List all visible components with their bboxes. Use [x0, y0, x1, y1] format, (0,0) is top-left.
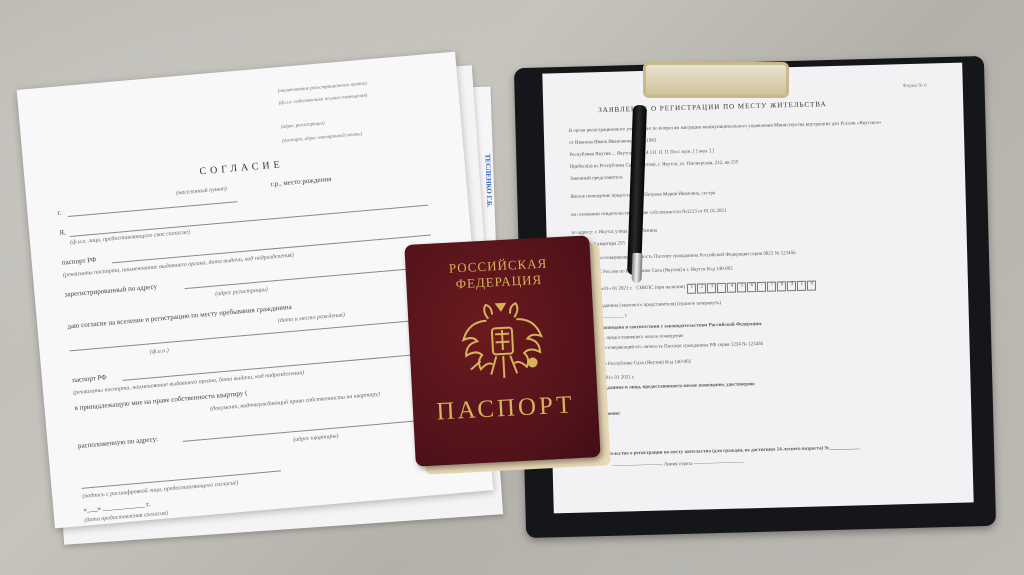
row-hint: (ф.и.о. лица, предоставляющего свое согл… — [70, 229, 190, 245]
form-row: по адресу: г. Якутск улица пр-кт Ленина — [571, 229, 657, 236]
snils-digit: 8 — [777, 281, 786, 291]
pen-tip — [631, 253, 642, 283]
snils-boxes: 123-456-78910 — [686, 281, 816, 289]
header-hint: (паспорт, адрес электронной почты) — [282, 132, 362, 144]
snils-digit: 6 — [747, 282, 756, 292]
issue-date-row: Дата выдачи «01» 01 2021 г. СНИЛС (при н… — [573, 280, 817, 296]
row-hint: (дата и место рождения) — [278, 312, 346, 324]
snils-digit: 1 — [797, 281, 806, 291]
row-extra: г.р., место рождения — [270, 175, 331, 188]
row-label: расположенную по адресу: — [78, 435, 159, 450]
double-headed-eagle-icon — [457, 296, 547, 388]
form-label: Форма № 6 — [903, 84, 927, 90]
snils-digit: - — [757, 282, 766, 292]
passport: РОССИЙСКАЯ ФЕДЕРАЦИЯ ПАСПОРТ — [404, 235, 600, 466]
signature-hint: (подпись с расшифровкой лица, предоставл… — [82, 480, 239, 500]
header-hint: (адрес регистрации) — [281, 121, 325, 130]
form-row: Законный представитель — [570, 176, 623, 182]
consent-title: СОГЛАСИЕ — [199, 159, 284, 177]
row-hint: (адрес квартиры) — [293, 433, 339, 443]
passport-title: ПАСПОРТ — [412, 390, 598, 428]
row-label: Я, — [59, 228, 66, 237]
header-hint: (ф.и.о. собственника жилого помещения) — [279, 93, 368, 106]
row-hint: (адрес регистрации) — [215, 287, 268, 298]
date-template: «___» ____________ г. — [83, 500, 150, 514]
snils-digit: 0 — [807, 280, 816, 290]
form-row: Прибыл(а) из Республика Саха (Якутия), г… — [570, 160, 739, 169]
row-hint: (населенный пункт) — [176, 186, 227, 196]
header-hint: (наименование регистрационного органа) — [278, 81, 367, 94]
row-label: г. — [57, 209, 62, 217]
cut-line: ------------------------------ Линия отр… — [613, 460, 744, 468]
snils-digit: - — [717, 283, 726, 293]
row-hint: (ф.и.о.) — [150, 348, 169, 356]
snils-digit: 5 — [737, 282, 746, 292]
snils-digit: 9 — [787, 281, 796, 291]
issue-month: 01 — [612, 287, 617, 292]
form-row: Документ, удостоверяющий личность Паспор… — [572, 251, 796, 262]
stamp-text: ТЕСЛЕНКО Г.Б. — [484, 154, 494, 208]
form-row: Выдано свидетельство о регистрации по ме… — [577, 445, 859, 457]
issue-year: 2021 — [618, 286, 628, 291]
issue-day: 01 — [603, 287, 608, 292]
row-label: зарегистрированный по адресу — [64, 283, 157, 299]
snils-label: СНИЛС (при наличии) — [636, 285, 685, 291]
row-label: даю согласие на вселение и регистрацию п… — [67, 303, 292, 331]
row-label: паспорт РФ — [62, 256, 97, 267]
form-row: В орган регистрационного учета отдел по … — [569, 121, 882, 134]
snils-digit: 2 — [697, 283, 706, 293]
snils-digit: 4 — [727, 283, 736, 293]
clipboard-clip — [643, 62, 789, 98]
passport-country: РОССИЙСКАЯ ФЕДЕРАЦИЯ — [405, 253, 591, 295]
row-label: паспорт РФ — [72, 373, 107, 384]
form-row: на основании свидетельство о праве собст… — [571, 209, 727, 218]
snils-digit: 3 — [707, 283, 716, 293]
snils-digit: 1 — [687, 284, 696, 294]
snils-digit: 7 — [767, 282, 776, 292]
